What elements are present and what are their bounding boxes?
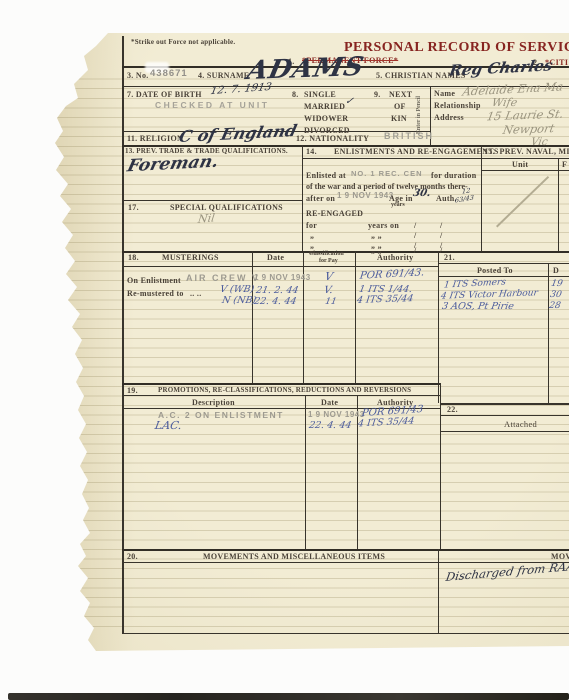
surname-handwriting: ADAMS — [245, 54, 367, 84]
form-line — [302, 158, 569, 159]
attached-number: 22. — [447, 405, 458, 414]
marital-number: 8. — [292, 90, 299, 99]
promotions-row1-date-stamp: 1 9 NOV 1943 — [308, 411, 365, 419]
form-line — [440, 403, 569, 405]
form-line — [481, 145, 482, 251]
age-handwriting: 30. — [412, 189, 432, 199]
checked-at-unit-stamp: CHECKED AT UNIT — [155, 101, 269, 110]
nok-word-kin: KIN — [391, 114, 407, 123]
enlist-line1b: for duration — [431, 171, 476, 180]
reengage-row-a: for — [306, 221, 317, 230]
special-handwriting: Nil — [197, 212, 215, 224]
musterings-col-class-1: Classification — [309, 251, 344, 257]
form-line — [303, 251, 304, 383]
musterings-row2-label: Re-mustered to — [127, 289, 184, 298]
form-line — [122, 549, 569, 551]
paper-sheet: *Strike out Force not applicable. PERSON… — [0, 0, 569, 700]
prev-number: 15. — [484, 147, 495, 156]
musterings-row1-date-stamp: 1 9 NOV 1943 — [254, 274, 311, 282]
form-line — [252, 251, 253, 383]
prev-col-unit: Unit — [512, 160, 528, 169]
enter-in-pencil-note: Enter in Pencil — [416, 96, 422, 134]
nok-relationship-handwriting: Wife — [491, 97, 518, 108]
musterings-header: MUSTERINGS — [162, 253, 219, 262]
musterings-row1-label: On Enlistment — [127, 276, 181, 285]
marital-option-married: MARRIED — [304, 102, 345, 111]
trade-handwriting: Foreman. — [125, 154, 220, 176]
form-line — [122, 383, 440, 385]
reengage-row-slash: / — [414, 246, 417, 255]
scanner-edge-strip — [8, 693, 569, 700]
postings-row-date-handwriting: 30 — [549, 291, 562, 300]
enlist-line2: of the war and a period of twelve months… — [306, 182, 468, 191]
reengage-row-slash: / — [440, 246, 443, 255]
form-line — [122, 36, 124, 633]
scanned-service-record: *Strike out Force not applicable. PERSON… — [0, 0, 569, 700]
form-line — [122, 395, 440, 396]
dob-label: 7. DATE OF BIRTH — [127, 90, 202, 99]
prev-col-from: F — [562, 160, 567, 169]
form-line — [438, 263, 569, 264]
form-line — [440, 415, 569, 416]
recruiting-centre-stamp: NO. 1 REC. CEN — [351, 170, 423, 178]
reengage-row-a: „ — [310, 231, 314, 240]
nok-address-label: Address — [434, 113, 464, 122]
nok-word-of: OF — [394, 102, 406, 111]
reengage-row-slash: / — [440, 231, 443, 240]
promotions-row2-date-handwriting: 22. 4. 44 — [308, 421, 352, 431]
musterings-row3-handwriting: N (NB) — [221, 296, 257, 306]
reengage-row-slash: / — [414, 221, 417, 230]
enlist-header: ENLISTMENTS AND RE-ENGAGEMENTS — [334, 147, 499, 156]
special-header: SPECIAL QUALIFICATIONS — [170, 203, 283, 212]
enlist-number: 14. — [306, 147, 317, 156]
promotions-col-date: Date — [321, 398, 338, 407]
musterings-row2-handwriting: V (WB) — [219, 285, 255, 295]
prev-service-number-header: 15. PREV. NAVAL, MIL — [484, 147, 569, 156]
religion-label: 11. RELIGION — [127, 134, 183, 143]
nok-word-next: NEXT — [389, 90, 412, 99]
musterings-row2-date-handwriting: 21. 2. 44 — [255, 286, 299, 296]
musterings-row3-date-handwriting: 22. 4. 44 — [253, 297, 297, 307]
special-number: 17. — [128, 203, 139, 212]
reengage-row-b: years on — [368, 221, 399, 230]
movements-header: MOVEMENTS AND MISCELLANEOUS ITEMS — [203, 552, 385, 561]
service-no-stamp: 438671 — [150, 69, 188, 79]
promotions-header: PROMOTIONS, RE-CLASSIFICATIONS, REDUCTIO… — [158, 386, 411, 394]
nok-number: 9. — [374, 90, 381, 99]
form-line — [302, 145, 303, 251]
strike-out-note: *Strike out Force not applicable. — [131, 38, 235, 46]
postings-col-date: D — [553, 266, 559, 275]
form-line — [122, 633, 569, 634]
musterings-row2-class-handwriting: V. — [323, 286, 333, 296]
nok-name-label: Name — [434, 89, 455, 98]
form-line — [305, 395, 306, 549]
form-line — [548, 263, 549, 403]
postings-row-date-handwriting: 19 — [550, 280, 563, 289]
musterings-col-auth: Authority — [377, 253, 413, 262]
form-line — [438, 549, 439, 633]
attached-header: Attached — [504, 419, 537, 429]
auth-label: Auth. — [436, 194, 457, 203]
enlist-line3a: after on — [306, 194, 335, 203]
postings-number: 21. — [444, 253, 455, 262]
form-line — [440, 431, 569, 432]
musterings-col-class-2: for Pay — [319, 258, 338, 264]
marital-option-widower: WIDOWER — [304, 114, 348, 123]
form-line — [558, 158, 559, 251]
marital-option-single: SINGLE — [304, 90, 336, 99]
form-line — [355, 251, 356, 383]
nok-address-handwriting-3: Vic — [530, 137, 548, 148]
age-years-label: years — [391, 202, 405, 208]
musterings-row3-class-handwriting: 11 — [324, 298, 337, 307]
form-line — [481, 170, 569, 171]
musterings-row2-dots: .. .. — [190, 289, 202, 298]
reengage-row-slash: / — [440, 221, 443, 230]
prev-header: PREV. NAVAL, MIL — [500, 147, 569, 156]
air-crew-stamp: AIR CREW V — [186, 274, 260, 283]
service-no-label: 3. No. — [127, 71, 149, 80]
movements-number: 20. — [127, 552, 138, 561]
reengage-row-slash: / — [414, 231, 417, 240]
nok-relationship-label: Relationship — [434, 101, 481, 110]
nok-address-handwriting-2: Newport — [502, 123, 556, 136]
promotions-number: 19. — [127, 386, 138, 395]
nationality-label: 12. NATIONALITY — [296, 134, 369, 143]
form-line — [122, 562, 569, 563]
form-line — [122, 266, 438, 267]
surname-label: 4. SURNAME — [198, 71, 249, 80]
postings-row-date-handwriting: 28 — [548, 302, 561, 311]
form-line — [440, 383, 441, 549]
enlist-line1a: Enlisted at — [306, 171, 346, 180]
musterings-col-date: Date — [267, 253, 284, 262]
reengaged-label: RE-ENGAGED — [306, 209, 363, 218]
nationality-stamp: BRITISH — [384, 132, 434, 141]
form-line — [438, 251, 439, 403]
reengage-row-b: „ „ — [371, 231, 382, 240]
form-title: PERSONAL RECORD OF SERVICE— — [344, 40, 569, 56]
promotions-row2-desc-handwriting: LAC. — [154, 420, 183, 431]
postings-row-unit-handwriting: 3 AOS, Pt Pirie — [441, 302, 514, 312]
promotions-col-description: Description — [192, 398, 235, 407]
enlist-date-stamp: 1 9 NOV 1943 — [337, 192, 394, 200]
musterings-row3-auth-handwriting: 4 ITS 35/44 — [356, 294, 414, 305]
musterings-number: 18. — [128, 253, 139, 262]
postings-col-posted-to: Posted To — [477, 266, 513, 275]
form-line — [122, 200, 302, 201]
